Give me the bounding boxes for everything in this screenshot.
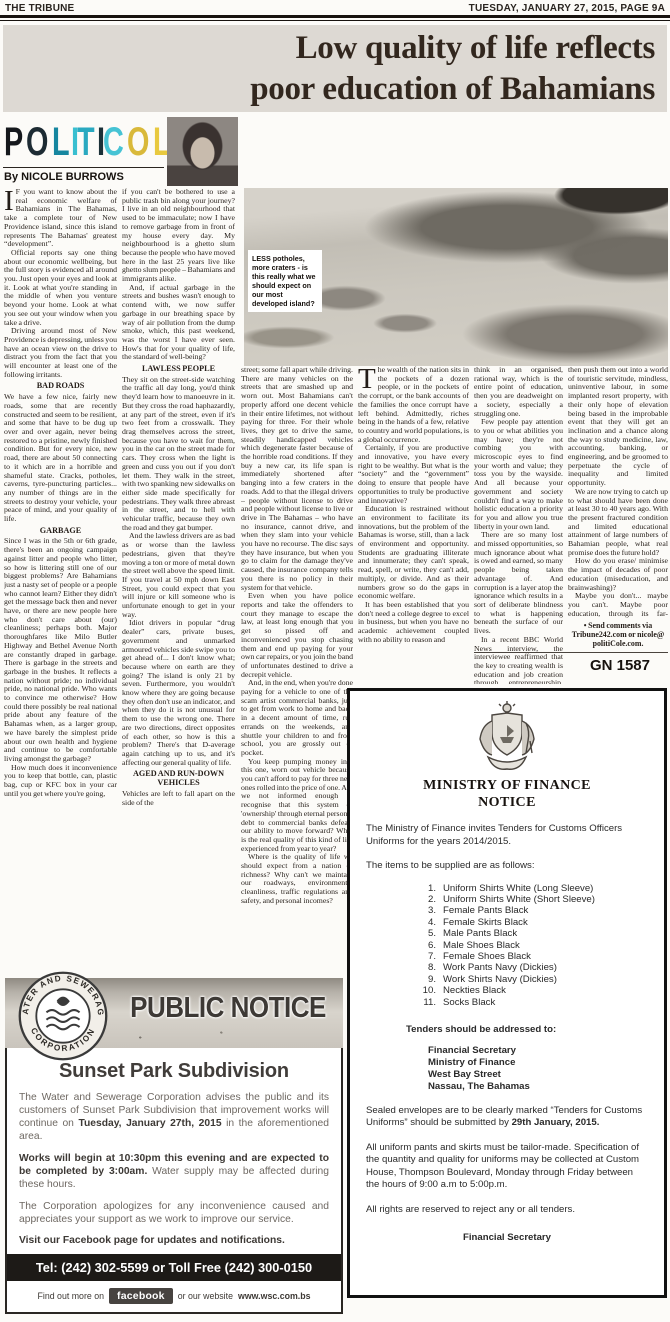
drop-cap: T	[358, 366, 378, 391]
address-line: Financial Secretary	[428, 1045, 648, 1057]
public-notice-title: PUBLIC NOTICE	[117, 990, 339, 1025]
article-paragraph: They sit on the street-side watching the…	[122, 376, 235, 533]
newspaper-page: THE TRIBUNE TUESDAY, JANUARY 27, 2015, P…	[0, 0, 670, 1322]
logo-divider	[3, 167, 164, 168]
article-column-6-text: then push them out into a world of touri…	[568, 366, 668, 618]
article-paragraph: Vehicles are left to fall apart on the s…	[122, 790, 235, 807]
headline-line1: Low quality of life reflects	[296, 28, 655, 69]
find-out-more-label: Find out more on	[38, 1291, 105, 1301]
article-paragraph: We have a few nice, fairly new roads, so…	[4, 393, 117, 524]
drop-cap: I	[4, 188, 16, 213]
article-column-2: if you can't be bothered to use a public…	[122, 188, 235, 970]
article-paragraph: The wealth of the nation sits in the poc…	[358, 366, 469, 444]
article-column-5: think in an organised, rational way, whi…	[474, 366, 563, 684]
notice-paragraph-1: The Water and Sewerage Corporation advis…	[19, 1091, 329, 1143]
article-paragraph: Idiot drivers in popular “drug dealer” c…	[122, 619, 235, 767]
ministry-title: MINISTRY OF FINANCE	[366, 777, 648, 794]
bahamas-coat-of-arms-icon	[476, 701, 538, 773]
public-notice-body: Sunset Park Subdivision The Water and Se…	[5, 1048, 343, 1314]
website-url: www.wsc.com.bs	[238, 1291, 311, 1301]
article-paragraph: Few people pay attention to you or what …	[474, 418, 563, 531]
masthead-rule-thick	[0, 15, 670, 18]
facebook-visit-line: Visit our Facebook page for updates and …	[19, 1235, 329, 1246]
uniform-item-row: 9.Work Shirts Navy (Dickies)	[418, 974, 648, 985]
byline: By NICOLE BURROWS	[4, 171, 124, 183]
article-paragraph: We are now trying to catch up to what sh…	[568, 488, 668, 558]
uniform-item-row: 11.Socks Black	[418, 997, 648, 1008]
article-paragraph: street; some fall apart while driving. T…	[241, 366, 353, 592]
facebook-wordmark: facebook	[109, 1288, 173, 1304]
paper-name: THE TRIBUNE	[5, 3, 74, 14]
article-column-6: then push them out into a world of touri…	[568, 366, 668, 648]
article-end-rule	[474, 652, 668, 653]
tenders-address-block: Financial SecretaryMinistry of FinanceWe…	[428, 1045, 648, 1093]
article-subhead: GARBAGE	[4, 527, 117, 536]
water-sewerage-logo: WATER AND SEWERAGE CORPORATION	[17, 970, 109, 1062]
article-paragraph: And the lawless drivers are as bad as or…	[122, 532, 235, 619]
logo-letter: P	[4, 120, 23, 164]
tenders-addressed-label: Tenders should be addressed to:	[406, 1024, 648, 1035]
address-line: West Bay Street	[428, 1069, 648, 1081]
article-subhead: BAD ROADS	[4, 382, 117, 391]
sealed-envelopes-paragraph: Sealed envelopes are to be clearly marke…	[366, 1105, 648, 1130]
article-column-1: IF you want to know about the real econo…	[4, 188, 117, 970]
article-paragraph: if you can't be bothered to use a public…	[122, 188, 235, 284]
article-column-3: street; some fall apart while driving. T…	[241, 366, 353, 976]
article-paragraph: It has been established that you don't n…	[358, 601, 469, 645]
article-signoff: • Send comments via Tribune242.com or ni…	[568, 621, 668, 648]
gazette-number: GN 1587	[590, 657, 650, 674]
telephone-bar: Tel: (242) 302-5599 or Toll Free (242) 3…	[7, 1254, 341, 1281]
logo-letter: O	[127, 120, 149, 164]
notice-paragraph-2: Works will begin at 10:30pm this evening…	[19, 1152, 329, 1191]
uniform-item-row: 10.Neckties Black	[418, 985, 648, 996]
article-paragraph: And, in the end, when you're done paying…	[241, 679, 353, 757]
ministry-items-intro: The items to be supplied are as follows:	[366, 860, 648, 873]
article-paragraph: And, if actual garbage in the streets an…	[122, 284, 235, 362]
uniform-item-row: 1.Uniform Shirts White (Long Sleeve)	[418, 883, 648, 894]
logo-letter: C	[103, 120, 124, 164]
headline-band: Low quality of life reflects poor educat…	[3, 25, 667, 112]
potholes-photo: LESS potholes, more craters - is this re…	[244, 188, 668, 366]
uniform-item-row: 7.Female Shoes Black	[418, 951, 648, 962]
masthead-rule-thin	[0, 20, 670, 21]
public-notice-banner: WATER AND SEWERAGE CORPORATION PUBLIC NO…	[5, 978, 343, 1048]
article-paragraph: Even when you have police reports and ta…	[241, 592, 353, 679]
public-notice-ad: WATER AND SEWERAGE CORPORATION PUBLIC NO…	[5, 978, 343, 1318]
article-paragraph: Maybe you don't... maybe you can't. Mayb…	[568, 592, 668, 618]
photo-caption: LESS potholes, more craters - is this re…	[248, 250, 322, 312]
sunset-park-heading: Sunset Park Subdivision	[19, 1060, 329, 1083]
article-paragraph: There are so many lost and missed opport…	[474, 531, 563, 635]
ad-footer: Find out more on facebook or our website…	[19, 1281, 329, 1304]
politicole-logo: POLITICOLE	[4, 118, 166, 166]
address-line: Nassau, The Bahamas	[428, 1081, 648, 1093]
article-paragraph: Since I was in the 5th or 6th grade, the…	[4, 537, 117, 763]
author-portrait-photo	[167, 117, 238, 186]
financial-secretary-signature: Financial Secretary	[366, 1232, 648, 1243]
article-paragraph: How much does it inconvenience you to ke…	[4, 764, 117, 799]
article-paragraph: In a recent BBC World News interview, th…	[474, 636, 563, 684]
notice-paragraph-3: The Corporation apologizes for any incon…	[19, 1200, 329, 1226]
article-column-4: The wealth of the nation sits in the poc…	[358, 366, 469, 684]
article-paragraph: How do you erase/ minimise the impact of…	[568, 557, 668, 592]
rights-reserved-paragraph: All rights are reserved to reject any or…	[366, 1204, 648, 1217]
logo-letter: O	[26, 120, 48, 164]
article-paragraph: Education is restrained without an envir…	[358, 505, 469, 601]
uniform-item-row: 4.Female Skirts Black	[418, 917, 648, 928]
address-line: Ministry of Finance	[428, 1057, 648, 1069]
website-pre-label: or our website	[178, 1291, 233, 1301]
article-paragraph: Driving around most of New Providence is…	[4, 327, 117, 379]
article-subhead: LAWLESS PEOPLE	[122, 365, 235, 374]
uniform-item-row: 3.Female Pants Black	[418, 905, 648, 916]
uniform-item-row: 2.Uniform Shirts White (Short Sleeve)	[418, 894, 648, 905]
article-subhead: AGED AND RUN-DOWN VEHICLES	[122, 770, 235, 787]
ministry-of-finance-notice: MINISTRY OF FINANCE NOTICE The Ministry …	[347, 688, 667, 1298]
article-paragraph: then push them out into a world of touri…	[568, 366, 668, 488]
uniform-item-row: 5.Male Pants Black	[418, 928, 648, 939]
logo-letter: T	[77, 120, 95, 164]
article-paragraph: Where is the quality of life we should e…	[241, 853, 353, 905]
article-paragraph: think in an organised, rational way, whi…	[474, 366, 563, 418]
article-paragraph: Official reports say one thing about our…	[4, 249, 117, 327]
uniform-item-row: 6.Male Shoes Black	[418, 940, 648, 951]
uniform-item-row: 8.Work Pants Navy (Dickies)	[418, 962, 648, 973]
article-paragraph: Certainly, if you are productive and inn…	[358, 444, 469, 505]
tailor-made-paragraph: All uniform pants and skirts must be tai…	[366, 1142, 648, 1192]
uniform-items-list: 1.Uniform Shirts White (Long Sleeve)2.Un…	[418, 883, 648, 1008]
ministry-intro: The Ministry of Finance invites Tenders …	[366, 823, 648, 848]
ministry-notice-label: NOTICE	[366, 794, 648, 811]
logo-letter: L	[52, 120, 70, 164]
article-paragraph: IF you want to know about the real econo…	[4, 188, 117, 249]
date-page-label: TUESDAY, JANUARY 27, 2015, PAGE 9A	[469, 3, 665, 14]
headline-line2: poor education of Bahamians	[250, 69, 655, 110]
article-paragraph: You keep pumping money into this one, wo…	[241, 758, 353, 854]
